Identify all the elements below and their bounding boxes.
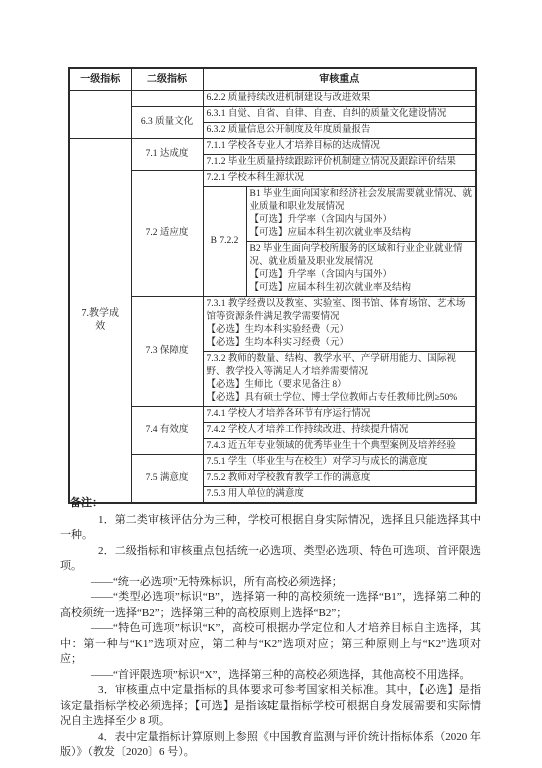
table-row: 7.教学成效 7.1 达成度 7.1.1 学校各专业人才培养目标的达成情况: [69, 138, 476, 154]
cell-focus-711: 7.1.1 学校各专业人才培养目标的达成情况: [203, 138, 476, 154]
cell-b722-label: B 7.2.2: [203, 186, 246, 296]
cell-focus-712: 7.1.2 毕业生质量持续跟踪评价机制建立情况及跟踪评价结果: [203, 154, 476, 170]
evaluation-table: 一级指标 二级指标 审核重点 6.2.2 质量持续改进机制建设与改进效果 6.3…: [68, 67, 477, 504]
cell-focus-632: 6.3.2 质量信息公开制度及年度质量报告: [203, 122, 476, 138]
focus-732-title: 7.3.2 教师的数量、结构、教学水平、产学研用能力、国际视野、教学投入等满足人…: [207, 353, 473, 379]
cell-level2-71: 7.1 达成度: [131, 138, 203, 170]
cell-focus-b1: B1 毕业生面向国家和经济社会发展需要就业情况、就业质量和职业发展情况 【可选】…: [246, 186, 476, 241]
page-number: 11: [0, 700, 542, 711]
cell-focus-742: 7.4.2 学校人才培养工作持续改进、持续提升情况: [203, 422, 476, 438]
cell-focus-741: 7.4.1 学校人才培养各环节有序运行情况: [203, 406, 476, 422]
notes-label: 备注：: [70, 496, 481, 512]
focus-731-required-2: 【必选】生均本科实习经费（元）: [207, 337, 473, 350]
focus-b1-optional-2: 【可选】应届本科生初次就业率及结构: [250, 227, 473, 240]
note-item-4: 4．表中定量指标计算原则上参照《中国教育监测与评价统计指标体系（2020 年版）…: [60, 730, 481, 761]
note-item-2: 2．二级指标和审核重点包括统一必选项、类型必选项、特色可选项、首评限选项。: [60, 544, 481, 575]
table-row: 7.2 适应度 7.2.1 学校本科生源状况: [69, 170, 476, 186]
cell-level2-73: 7.3 保障度: [131, 296, 203, 406]
focus-b1-optional-1: 【可选】升学率（含国内与国外）: [250, 214, 473, 227]
document-page: 一级指标 二级指标 审核重点 6.2.2 质量持续改进机制建设与改进效果 6.3…: [0, 0, 542, 768]
cell-level2-74: 7.4 有效度: [131, 406, 203, 454]
table-row: 7.4 有效度 7.4.1 学校人才培养各环节有序运行情况: [69, 406, 476, 422]
cell-focus-622: 6.2.2 质量持续改进机制建设与改进效果: [203, 90, 476, 106]
table-header-row: 一级指标 二级指标 审核重点: [69, 68, 476, 90]
note-item-2a: ——“统一必选项”无特殊标识，所有高校必须选择；: [60, 575, 481, 591]
cell-focus-731: 7.3.1 教学经费以及教室、实验室、图书馆、体育场馆、艺术场馆等资源条件满足教…: [203, 296, 476, 351]
focus-b2-title: B2 毕业生面向学校所服务的区域和行业企业就业情况、就业质量及职业发展情况: [250, 243, 473, 269]
cell-level1-7: 7.教学成效: [69, 138, 131, 503]
note-item-2d: ——“首评限选项”标识“X”，选择第三种的高校必须选择，其他高校不用选择。: [60, 668, 481, 684]
focus-732-required-2: 【必选】具有硕士学位、博士学位教师占专任教师比例≥50%: [207, 392, 473, 405]
cell-focus-743: 7.4.3 近五年专业领域的优秀毕业生十个典型案例及培养经验: [203, 438, 476, 454]
table-row: 7.3 保障度 7.3.1 教学经费以及教室、实验室、图书馆、体育场馆、艺术场馆…: [69, 296, 476, 351]
focus-731-required-1: 【必选】生均本科实验经费（元）: [207, 324, 473, 337]
table-row: 6.2.2 质量持续改进机制建设与改进效果: [69, 90, 476, 106]
header-review-focus: 审核重点: [203, 68, 476, 90]
cell-focus-751: 7.5.1 学生（毕业生与在校生）对学习与成长的满意度: [203, 454, 476, 470]
focus-732-required-1: 【必选】生师比（要求见备注 8）: [207, 379, 473, 392]
header-level1-indicator: 一级指标: [69, 68, 131, 90]
cell-focus-631: 6.3.1 自觉、自省、自律、自查、自纠的质量文化建设情况: [203, 106, 476, 122]
cell-focus-721: 7.2.1 学校本科生源状况: [203, 170, 476, 186]
cell-level2-72: 7.2 适应度: [131, 170, 203, 296]
cell-focus-732: 7.3.2 教师的数量、结构、教学水平、产学研用能力、国际视野、教学投入等满足人…: [203, 351, 476, 406]
focus-b1-title: B1 毕业生面向国家和经济社会发展需要就业情况、就业质量和职业发展情况: [250, 188, 473, 214]
cell-level2-empty: [131, 90, 203, 106]
note-item-2c: ——“特色可选项”标识“K”，高校可根据办学定位和人才培养目标自主选择，其中：第…: [60, 621, 481, 668]
level1-7-label: 7.教学成效: [77, 307, 123, 333]
note-item-1: 1．第二类审核评估分为三种，学校可根据自身实际情况，选择且只能选择其中一种。: [60, 513, 481, 544]
cell-focus-752: 7.5.2 教师对学校教育教学工作的满意度: [203, 470, 476, 486]
cell-focus-b2: B2 毕业生面向学校所服务的区域和行业企业就业情况、就业质量及职业发展情况 【可…: [246, 241, 476, 296]
header-level2-indicator: 二级指标: [131, 68, 203, 90]
notes-section: 备注： 1．第二类审核评估分为三种，学校可根据自身实际情况，选择且只能选择其中一…: [60, 496, 481, 761]
note-item-2b: ——“类型必选项”标识“B”，选择第一种的高校须统一选择“B1”，选择第二种的高…: [60, 590, 481, 621]
focus-b2-optional-2: 【可选】应届本科生初次就业率及结构: [250, 282, 473, 295]
focus-b2-optional-1: 【可选】升学率（含国内与国外）: [250, 269, 473, 282]
cell-level1-empty: [69, 90, 131, 138]
cell-level2-63: 6.3 质量文化: [131, 106, 203, 138]
table-row: 7.5 满意度 7.5.1 学生（毕业生与在校生）对学习与成长的满意度: [69, 454, 476, 470]
table-row: 6.3 质量文化 6.3.1 自觉、自省、自律、自查、自纠的质量文化建设情况: [69, 106, 476, 122]
focus-731-title: 7.3.1 教学经费以及教室、实验室、图书馆、体育场馆、艺术场馆等资源条件满足教…: [207, 298, 473, 324]
